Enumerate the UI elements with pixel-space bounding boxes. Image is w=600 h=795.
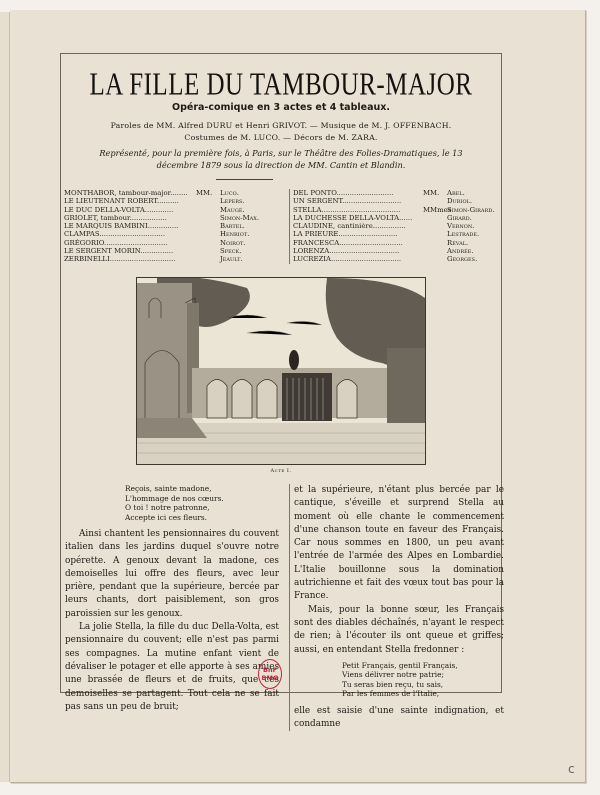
cast-role: LE SERGENT MORIN...............: [64, 247, 196, 255]
cast-row: DEL PONTO..........................MM.Ab…: [293, 189, 503, 197]
cast-role: LE MARQUIS BAMBINI..............: [64, 222, 196, 230]
cast-row: LE SERGENT MORIN...............Speck.: [64, 247, 279, 255]
paragraph: Ainsi chantent les pensionnaires du couv…: [65, 528, 279, 621]
cast-actor: Lepers.: [220, 197, 245, 205]
cast-role: UN SERGENT...........................: [293, 197, 423, 205]
hymn-verse: Reçois, sainte madone, L'hommage de nos …: [125, 484, 279, 522]
text-column-left: Reçois, sainte madone, L'hommage de nos …: [65, 484, 279, 714]
cast-row: MONTHABOR, tambour-major........MM.Luco.: [64, 189, 279, 197]
cast-row: ZERBINELLI..............................…: [64, 255, 279, 263]
cast-row: CLAMPAS..............................Hen…: [64, 230, 279, 238]
corner-pencil-mark: c: [568, 762, 575, 776]
paragraph: La jolie Stella, la fille du duc Della-V…: [65, 621, 279, 714]
cast-mm: [423, 197, 447, 205]
cast-role: LORENZA................................: [293, 247, 423, 255]
cast-role: STELLA..................................…: [293, 206, 423, 214]
cast-row: LE LIEUTENANT ROBERT..........Lepers.: [64, 197, 279, 205]
paragraph: elle est saisie d'une sainte indignation…: [294, 705, 504, 732]
act-one-engraving: [136, 277, 426, 465]
verse-line: Par les femmes de l'Italie,: [342, 689, 504, 699]
cast-role: LE LIEUTENANT ROBERT..........: [64, 197, 196, 205]
credits-authors: Paroles de MM. Alfred DURU et Henri GRIV…: [61, 121, 501, 130]
premiere-note: Représenté, pour la première fois, à Par…: [81, 147, 481, 171]
cast-mm: [423, 214, 447, 222]
subtitle: Opéra-comique en 3 actes et 4 tableaux.: [61, 102, 501, 113]
cast-row: CLAUDINE, cantinière...............Verno…: [293, 222, 503, 230]
song-verse: Petit Français, gentil Français, Viens d…: [342, 661, 504, 699]
cast-mm: MM.: [423, 189, 447, 197]
cast-actor: Speck.: [220, 247, 242, 255]
cast-role: CLAMPAS..............................: [64, 230, 196, 238]
cast-row: LORENZA................................A…: [293, 247, 503, 255]
cast-mm: [196, 206, 220, 214]
text-column-right: et la supérieure, n'étant plus bercée pa…: [289, 484, 504, 731]
cast-row: GRÉGORIO.............................Noi…: [64, 239, 279, 247]
cast-row: STELLA..................................…: [293, 206, 503, 214]
cast-mm: [423, 239, 447, 247]
cast-mm: [423, 247, 447, 255]
verse-line: Viens délivrer notre patrie;: [342, 670, 504, 680]
cast-actor: Andrée.: [447, 247, 474, 255]
cast-list-right: DEL PONTO..........................MM.Ab…: [289, 189, 503, 264]
verse-line: L'hommage de nos cœurs.: [125, 494, 279, 504]
cast-actor: Simon-Max.: [220, 214, 259, 222]
paragraph: Mais, pour la bonne sœur, les Français s…: [294, 604, 504, 657]
cast-role: ZERBINELLI..............................: [64, 255, 196, 263]
cloister-illustration-icon: [137, 278, 425, 464]
paragraph: et la supérieure, n'étant plus bercée pa…: [294, 484, 504, 604]
cast-role: LA DUCHESSE DELLA-VOLTA......: [293, 214, 423, 222]
cast-actor: Jeault.: [220, 255, 243, 263]
cast-actor: Réval.: [447, 239, 468, 247]
cast-actor: Lestrade.: [447, 230, 479, 238]
cast-actor: Abel.: [447, 189, 465, 197]
cast-row: LA PRIEURE...........................Les…: [293, 230, 503, 238]
verse-line: Reçois, sainte madone,: [125, 484, 279, 494]
cast-actor: Vernon.: [447, 222, 474, 230]
cast-role: DEL PONTO..........................: [293, 189, 423, 197]
cast-row: GRIOLET, tambour.................Simon-M…: [64, 214, 279, 222]
cast-actor: Girard.: [447, 214, 472, 222]
cast-role: LUCREZIA................................: [293, 255, 423, 263]
cast-mm: [196, 214, 220, 222]
verse-line: Accepte ici ces fleurs.: [125, 513, 279, 523]
cast-mm: [196, 222, 220, 230]
cast-role: GRÉGORIO.............................: [64, 239, 196, 247]
cast-row: LE MARQUIS BAMBINI..............Bartel.: [64, 222, 279, 230]
cast-row: LUCREZIA................................…: [293, 255, 503, 263]
stamp-line: BnF: [259, 666, 281, 674]
page-title: LA FILLE DU TAMBOUR-MAJOR: [61, 68, 501, 103]
cast-actor: Duriol.: [447, 197, 472, 205]
cast-actor: Simon-Girard.: [447, 206, 494, 214]
cast-actor: Luco.: [220, 189, 239, 197]
cast-role: LA PRIEURE...........................: [293, 230, 423, 238]
cast-actor: Georges.: [447, 255, 477, 263]
cast-mm: MMmes: [423, 206, 447, 214]
cast-row: FRANCESCA.............................Ré…: [293, 239, 503, 247]
cast-row: UN SERGENT...........................Dur…: [293, 197, 503, 205]
cast-actor: Noirot.: [220, 239, 246, 247]
cast-mm: [423, 255, 447, 263]
library-stamp: BnF BMO: [258, 659, 282, 689]
cast-role: GRIOLET, tambour.................: [64, 214, 196, 222]
cast-row: LA DUCHESSE DELLA-VOLTA......Girard.: [293, 214, 503, 222]
page-frame: LA FILLE DU TAMBOUR-MAJOR Opéra-comique …: [60, 53, 502, 693]
cast-mm: [196, 230, 220, 238]
cast-actor: Bartel.: [220, 222, 245, 230]
cast-mm: [423, 230, 447, 238]
illustration-caption: Acte I.: [61, 468, 501, 474]
verse-line: Tu seras bien reçu, tu sais,: [342, 680, 504, 690]
cast-mm: MM.: [196, 189, 220, 197]
cast-role: FRANCESCA.............................: [293, 239, 423, 247]
cast-mm: [196, 247, 220, 255]
cast-mm: [196, 255, 220, 263]
separator-rule: [216, 179, 273, 180]
cast-role: CLAUDINE, cantinière...............: [293, 222, 423, 230]
cast-actor: Maugé.: [220, 206, 245, 214]
cast-row: LE DUC DELLA-VOLTA.............Maugé.: [64, 206, 279, 214]
verse-line: O toi ! notre patronne,: [125, 503, 279, 513]
cast-mm: [423, 222, 447, 230]
cast-mm: [196, 197, 220, 205]
cast-actor: Henriot.: [220, 230, 249, 238]
cast-role: MONTHABOR, tambour-major........: [64, 189, 196, 197]
verse-line: Petit Français, gentil Français,: [342, 661, 504, 671]
stamp-line: BMO: [259, 674, 281, 682]
cast-mm: [196, 239, 220, 247]
credits-design: Costumes de M. LUCO. — Décors de M. ZARA…: [61, 133, 501, 142]
cast-role: LE DUC DELLA-VOLTA.............: [64, 206, 196, 214]
adjacent-page-edge: [0, 12, 10, 782]
cast-list-left: MONTHABOR, tambour-major........MM.Luco.…: [64, 189, 279, 264]
